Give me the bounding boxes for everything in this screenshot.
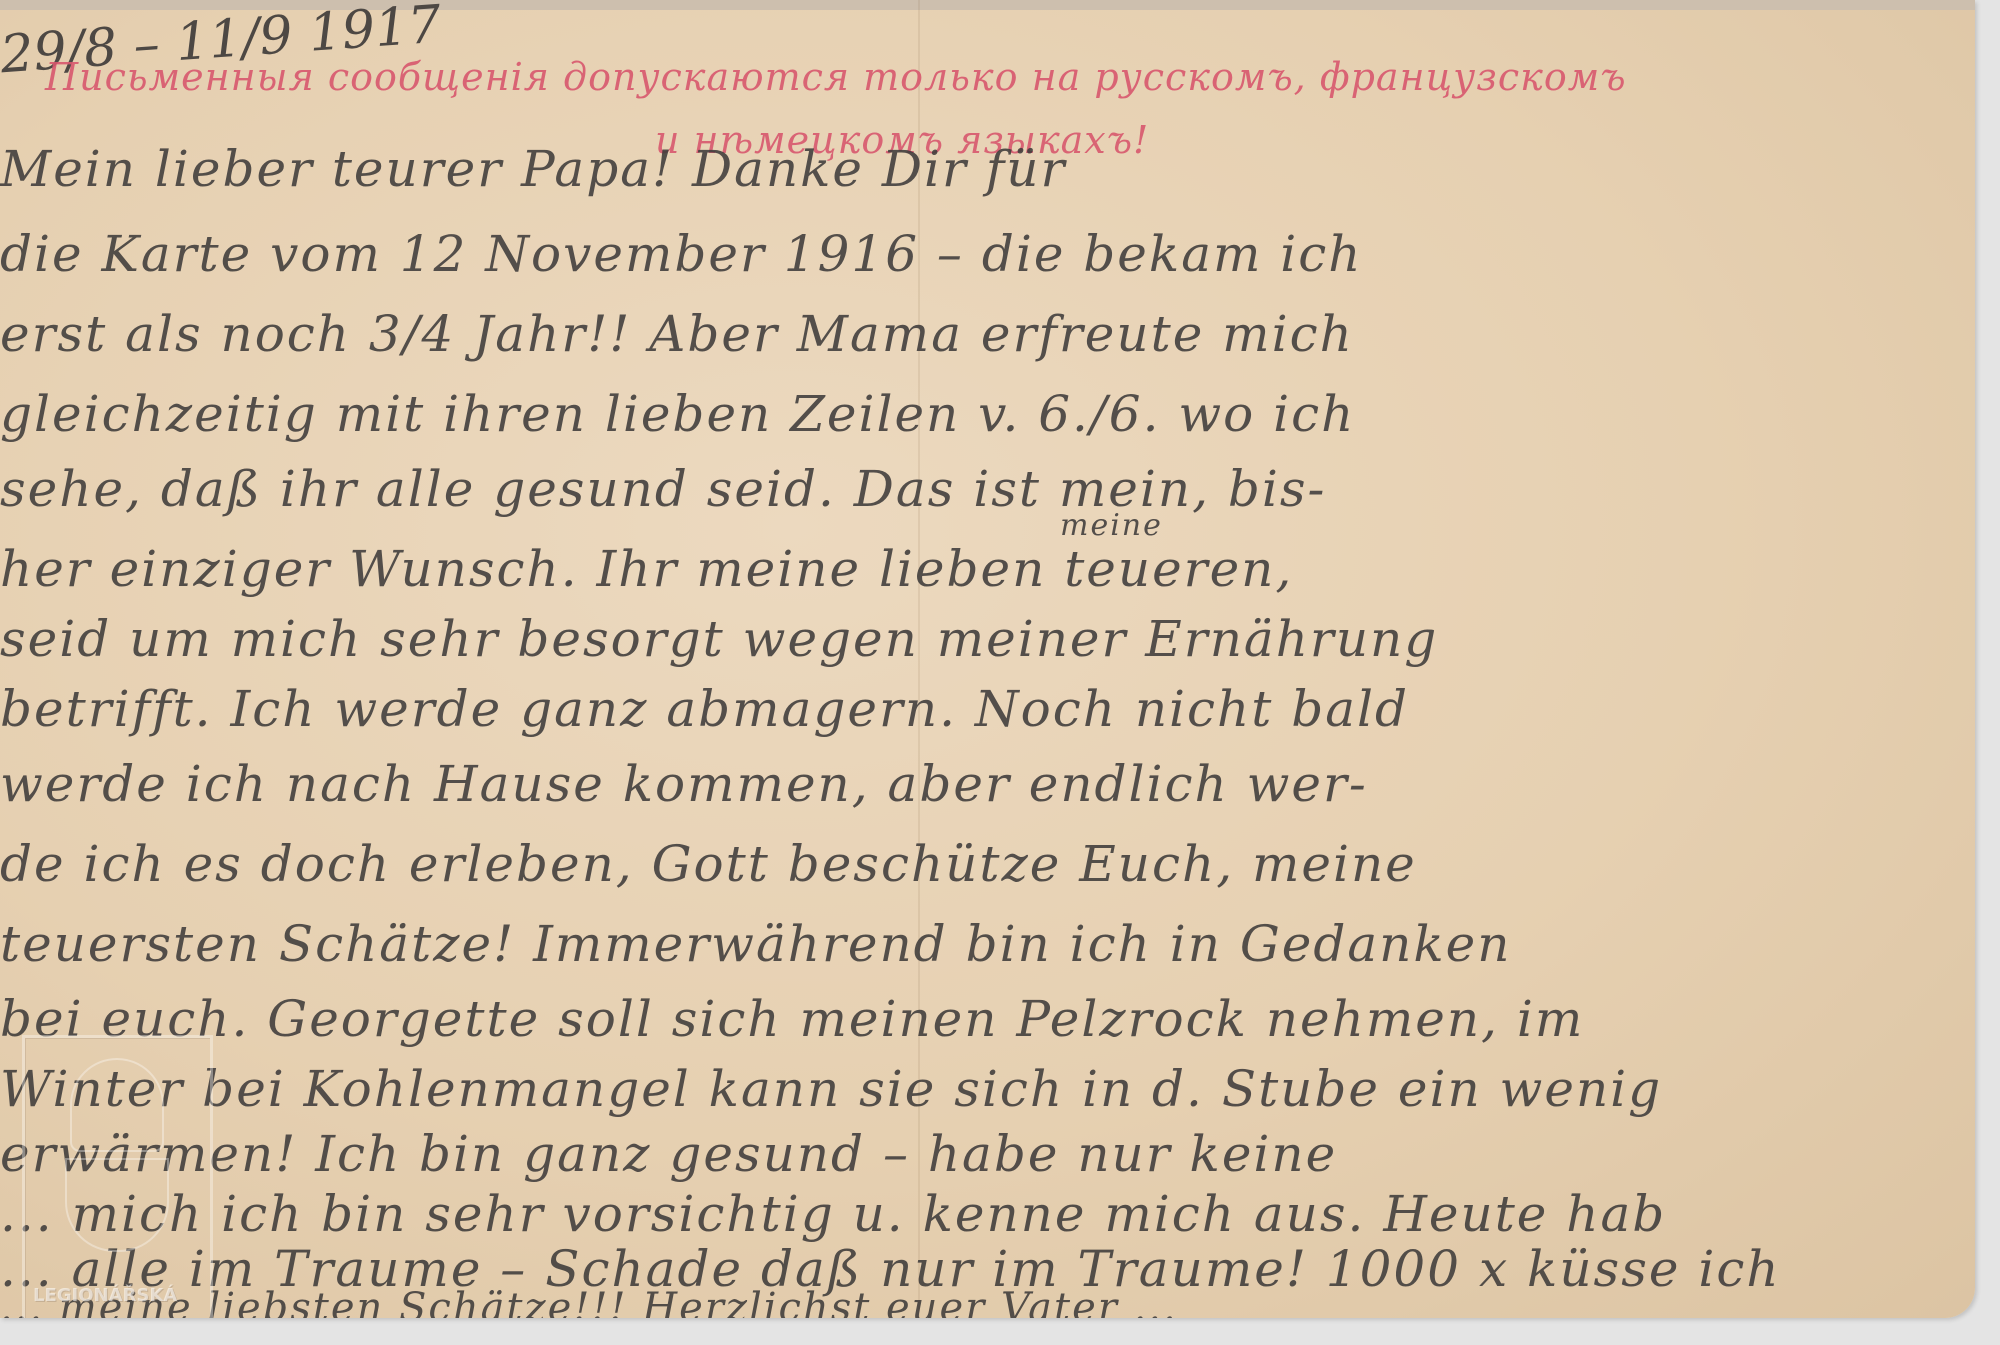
handwritten-line: Mein lieber teurer Papa! Danke Dir für (0, 140, 1066, 198)
handwritten-line: her einziger Wunsch. Ihr meine lieben te… (0, 540, 1293, 598)
handwritten-line: erst als noch 3/4 Jahr!! Aber Mama erfre… (0, 305, 1354, 363)
embossed-legion-stamp: LEGIONÁŘSKÁ (22, 1035, 213, 1318)
handwritten-line: seid um mich sehr besorgt wegen meiner E… (0, 610, 1438, 668)
handwritten-line: die Karte vom 12 November 1916 – die bek… (0, 225, 1363, 283)
soldier-head-emboss-icon (70, 1058, 164, 1152)
handwritten-insertion: meine (1060, 508, 1163, 543)
postcard: 29/8 – 11/9 1917 Письменныя сообщенія до… (0, 0, 1975, 1318)
handwritten-line: werde ich nach Hause kommen, aber endlic… (0, 755, 1368, 813)
handwritten-line: betrifft. Ich werde ganz abmagern. Noch … (0, 680, 1409, 738)
handwritten-line: de ich es doch erleben, Gott beschütze E… (0, 835, 1417, 893)
emboss-label: LEGIONÁŘSKÁ (33, 1285, 177, 1306)
printed-header-line-1: Письменныя сообщенія допускаются только … (45, 55, 1627, 99)
handwritten-line: bei euch. Georgette soll sich meinen Pel… (0, 990, 1584, 1048)
handwritten-line: teuersten Schätze! Immerwährend bin ich … (0, 915, 1511, 973)
handwritten-line: gleichzeitig mit ihren lieben Zeilen v. … (0, 385, 1355, 443)
handwritten-line: Winter bei Kohlenmangel kann sie sich in… (0, 1060, 1662, 1118)
handwritten-line: ... mich ich bin sehr vorsichtig u. kenn… (0, 1185, 1666, 1243)
coat-of-arms-emboss-icon (65, 1158, 169, 1252)
